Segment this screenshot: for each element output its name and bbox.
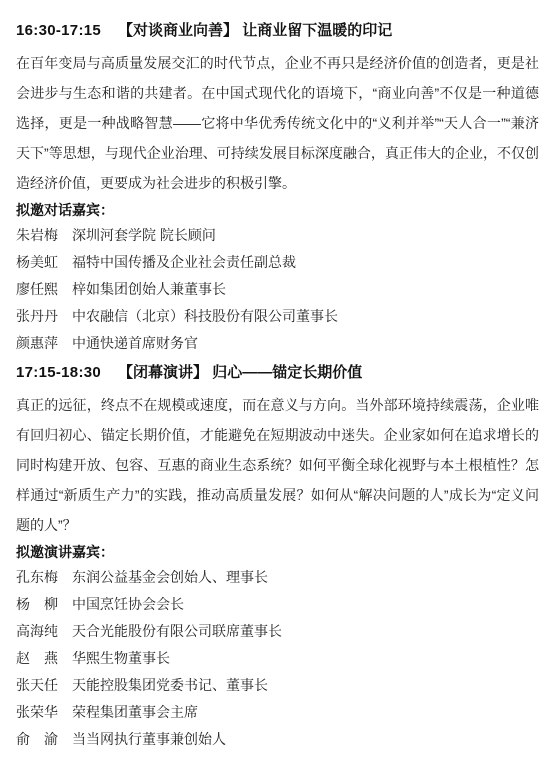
guest-row: 俞 渝 当当网执行董事兼创始人: [16, 726, 539, 753]
guest-row: 张天任 天能控股集团党委书记、董事长: [16, 672, 539, 699]
session-closing-speech: 17:15-18:30【闭幕演讲】 归心——锚定长期价值 真正的远征，终点不在规…: [16, 363, 539, 753]
guest-role: 中通快递首席财务官: [72, 330, 539, 357]
guest-row: 张荣华 荣程集团董事会主席: [16, 699, 539, 726]
guest-name: 俞 渝: [16, 726, 58, 753]
guest-role: 福特中国传播及企业社会责任副总裁: [72, 249, 539, 276]
guest-role: 中国烹饪协会会长: [72, 591, 539, 618]
guest-name: 朱岩梅: [16, 222, 58, 249]
session-description: 在百年变局与高质量发展交汇的时代节点，企业不再只是经济价值的创造者，更是社会进步…: [16, 48, 539, 198]
guest-role: 当当网执行董事兼创始人: [72, 726, 539, 753]
guest-name: 杨美虹: [16, 249, 58, 276]
guest-row: 廖任熙 梓如集团创始人兼董事长: [16, 276, 539, 303]
guest-row: 赵 燕 华熙生物董事长: [16, 645, 539, 672]
guest-name: 颜惠萍: [16, 330, 58, 357]
guest-row: 高海纯 天合光能股份有限公司联席董事长: [16, 618, 539, 645]
speech-guest-list: 孔东梅 东润公益基金会创始人、理事长 杨 柳 中国烹饪协会会长 高海纯 天合光能…: [16, 564, 539, 753]
guest-name: 廖任熙: [16, 276, 58, 303]
dialogue-guest-list: 朱岩梅 深圳河套学院 院长顾问 杨美虹 福特中国传播及企业社会责任副总裁 廖任熙…: [16, 222, 539, 357]
guest-row: 张丹丹 中农融信（北京）科技股份有限公司董事长: [16, 303, 539, 330]
guest-role: 天合光能股份有限公司联席董事长: [72, 618, 539, 645]
guest-role: 深圳河套学院 院长顾问: [72, 222, 539, 249]
guest-name: 张丹丹: [16, 303, 58, 330]
session-title: 【对谈商业向善】 让商业留下温暖的印记: [118, 22, 392, 39]
guest-role: 中农融信（北京）科技股份有限公司董事长: [72, 303, 539, 330]
session-heading: 17:15-18:30【闭幕演讲】 归心——锚定长期价值: [16, 363, 539, 383]
session-heading: 16:30-17:15【对谈商业向善】 让商业留下温暖的印记: [16, 21, 539, 41]
guest-name: 张荣华: [16, 699, 58, 726]
session-time: 17:15-18:30: [16, 363, 101, 383]
agenda-document: 16:30-17:15【对谈商业向善】 让商业留下温暖的印记 在百年变局与高质量…: [0, 0, 555, 761]
guest-role: 东润公益基金会创始人、理事长: [72, 564, 539, 591]
guest-row: 朱岩梅 深圳河套学院 院长顾问: [16, 222, 539, 249]
guest-role: 天能控股集团党委书记、董事长: [72, 672, 539, 699]
guest-row: 杨美虹 福特中国传播及企业社会责任副总裁: [16, 249, 539, 276]
speech-guests-label: 拟邀演讲嘉宾：: [16, 540, 539, 564]
session-description: 真正的远征，终点不在规模或速度，而在意义与方向。当外部环境持续震荡，企业唯有回归…: [16, 390, 539, 540]
guest-name: 张天任: [16, 672, 58, 699]
guest-role: 华熙生物董事长: [72, 645, 539, 672]
guest-name: 高海纯: [16, 618, 58, 645]
guest-name: 杨 柳: [16, 591, 58, 618]
session-time: 16:30-17:15: [16, 21, 101, 41]
session-title: 【闭幕演讲】 归心——锚定长期价值: [118, 364, 362, 381]
guest-name: 孔东梅: [16, 564, 58, 591]
guest-role: 梓如集团创始人兼董事长: [72, 276, 539, 303]
dialogue-guests-label: 拟邀对话嘉宾：: [16, 198, 539, 222]
session-dialogue-business-for-good: 16:30-17:15【对谈商业向善】 让商业留下温暖的印记 在百年变局与高质量…: [16, 21, 539, 357]
guest-row: 颜惠萍 中通快递首席财务官: [16, 330, 539, 357]
guest-role: 荣程集团董事会主席: [72, 699, 539, 726]
guest-name: 赵 燕: [16, 645, 58, 672]
guest-row: 杨 柳 中国烹饪协会会长: [16, 591, 539, 618]
guest-row: 孔东梅 东润公益基金会创始人、理事长: [16, 564, 539, 591]
